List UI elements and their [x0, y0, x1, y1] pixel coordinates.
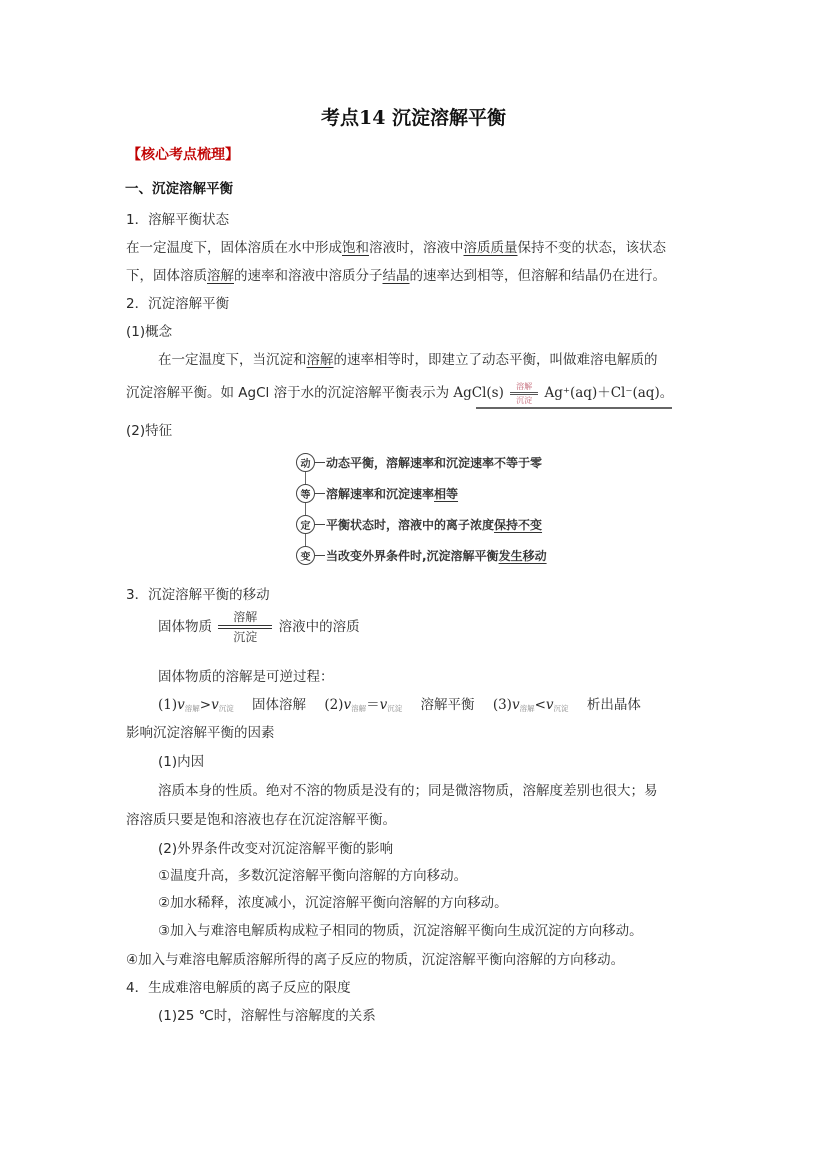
text: 溶解速率和沉淀速率 — [326, 487, 434, 501]
s3-external-item: ①温度升高，多数沉淀溶解平衡向溶解的方向移动。 — [158, 864, 467, 884]
circled-char: 变 — [296, 546, 315, 565]
case-result: 析出晶体 — [587, 697, 641, 713]
document-page: 考点14 沉淀溶解平衡 【核心考点梳理】 一、沉淀溶解平衡 1．溶解平衡状态 在… — [0, 0, 827, 1169]
text: 当改变外界条件时,沉淀溶解平衡 — [326, 549, 499, 563]
connector-line — [305, 462, 306, 554]
text: 平衡状态时，溶液中的离子浓度 — [326, 518, 494, 532]
s3-factors-heading: 影响沉淀溶解平衡的因素 — [126, 721, 275, 741]
text: 的速率相等时，即建立了动态平衡，叫做难溶电解质的 — [334, 352, 658, 368]
text: 的速率和溶液中溶质分子 — [234, 268, 383, 284]
circled-char: 等 — [296, 484, 315, 503]
case-num: (1) — [158, 697, 177, 713]
text: 沉淀溶解平衡。如 AgCl 溶于水的沉淀溶解平衡表示为 — [126, 385, 449, 401]
text: 溶液时，溶液中 — [369, 240, 464, 256]
arrow-top-label: 溶解 — [216, 610, 274, 624]
subscript: 沉淀 — [387, 704, 402, 713]
dash — [315, 524, 325, 525]
dash — [315, 493, 325, 494]
s2-heading: 2．沉淀溶解平衡 — [126, 292, 229, 312]
s2-feature-label: (2)特征 — [126, 419, 172, 439]
text: 。 — [660, 385, 674, 401]
text: 在一定温度下，固体溶质在水中形成 — [126, 240, 342, 256]
s3-reversible: 固体物质的溶解是可逆过程： — [158, 665, 334, 685]
arrow-top-label: 溶解 — [510, 382, 538, 391]
case-result: 固体溶解 — [252, 697, 306, 713]
underlined-term: 保持不变 — [494, 518, 542, 532]
feature-row: 等 溶解速率和沉淀速率相等 — [296, 483, 458, 503]
subscript: 沉淀 — [554, 704, 569, 713]
subscript: 溶解 — [185, 704, 200, 713]
underlined-term: 结晶 — [383, 268, 410, 284]
underlined-term: 溶质质量 — [464, 240, 518, 256]
arrow-bottom-label: 沉淀 — [216, 630, 274, 644]
v-symbol: v — [546, 697, 554, 713]
operator: < — [535, 697, 546, 713]
section-tag: 【核心考点梳理】 — [127, 144, 239, 164]
s3-external-item: ④加入与难溶电解质溶解所得的离子反应的物质，沉淀溶解平衡向溶解的方向移动。 — [126, 948, 624, 968]
circled-char: 定 — [296, 515, 315, 534]
v-symbol: v — [343, 697, 351, 713]
text: 下，固体溶质 — [126, 268, 207, 284]
dash — [315, 462, 325, 463]
s1-line2: 下，固体溶质溶解的速率和溶液中溶质分子结晶的速率达到相等，但溶解和结晶仍在进行。 — [126, 264, 666, 284]
reversible-arrow: 溶解 沉淀 — [216, 610, 274, 644]
feature-text: 溶解速率和沉淀速率相等 — [326, 485, 458, 502]
dash — [315, 555, 325, 556]
s2-concept-line2: 沉淀溶解平衡。如 AgCl 溶于水的沉淀溶解平衡表示为 AgCl(s) 溶解 沉… — [126, 381, 673, 405]
s3-heading: 3．沉淀溶解平衡的移动 — [126, 583, 270, 603]
equation-right: Ag⁺(aq)＋Cl⁻(aq) — [544, 385, 659, 401]
equation-underline — [476, 407, 672, 409]
feature-text: 动态平衡，溶解速率和沉淀速率不等于零 — [326, 454, 542, 471]
double-arrow — [216, 624, 274, 630]
s4-heading: 4．生成难溶电解质的离子反应的限度 — [126, 976, 351, 996]
s1-heading: 1．溶解平衡状态 — [126, 208, 229, 228]
subscript: 沉淀 — [219, 704, 234, 713]
underlined-term: 溶解 — [307, 352, 334, 368]
s3-external-item: ②加水稀释，浓度减小，沉淀溶解平衡向溶解的方向移动。 — [158, 891, 508, 911]
v-symbol: v — [211, 697, 219, 713]
subscript: 溶解 — [351, 704, 366, 713]
feature-row: 变 当改变外界条件时,沉淀溶解平衡发生移动 — [296, 545, 547, 565]
s3-internal-label: (1)内因 — [158, 750, 204, 770]
equation-left: AgCl(s) — [453, 385, 504, 401]
features-diagram: 动 动态平衡，溶解速率和沉淀速率不等于零 等 溶解速率和沉淀速率相等 定 平衡状… — [296, 450, 586, 568]
text: 溶液中的溶质 — [279, 619, 360, 635]
circled-char: 动 — [296, 453, 315, 472]
text: 的速率达到相等，但溶解和结晶仍在进行。 — [410, 268, 667, 284]
case-num: (3) — [493, 697, 512, 713]
text: 固体物质 — [158, 619, 212, 635]
feature-text: 平衡状态时，溶液中的离子浓度保持不变 — [326, 516, 542, 533]
operator: ＝ — [366, 697, 380, 713]
subscript: 溶解 — [520, 704, 535, 713]
text: 保持不变的状态，该状态 — [518, 240, 667, 256]
operator: > — [200, 697, 211, 713]
v-symbol: v — [512, 697, 520, 713]
v-symbol: v — [177, 697, 185, 713]
arrow-bottom-label: 沉淀 — [510, 396, 538, 405]
s3-external-label: (2)外界条件改变对沉淀溶解平衡的影响 — [158, 837, 393, 857]
s1-line1: 在一定温度下，固体溶质在水中形成饱和溶液时，溶液中溶质质量保持不变的状态，该状态 — [126, 236, 666, 256]
arrow-bar — [510, 392, 538, 393]
s3-cases: (1)v溶解>v沉淀 固体溶解 (2)v溶解＝v沉淀 溶解平衡 (3)v溶解<v… — [158, 693, 641, 714]
s3-internal-line2: 溶溶质只要是饱和溶液也存在沉淀溶解平衡。 — [126, 808, 396, 828]
s3-scheme: 固体物质 溶解 沉淀 溶液中的溶质 — [158, 610, 360, 644]
underlined-term: 饱和 — [342, 240, 369, 256]
case-num: (2) — [324, 697, 343, 713]
s2-concept-label: (1)概念 — [126, 320, 172, 340]
text: 在一定温度下，当沉淀和 — [158, 352, 307, 368]
heading-1: 一、沉淀溶解平衡 — [125, 177, 233, 197]
page-title: 考点14 沉淀溶解平衡 — [0, 103, 827, 130]
equilibrium-arrow: 溶解 沉淀 — [510, 382, 538, 405]
underlined-term: 相等 — [434, 487, 458, 501]
underlined-term: 发生移动 — [499, 549, 547, 563]
s3-external-item: ③加入与难溶电解质构成粒子相同的物质，沉淀溶解平衡向生成沉淀的方向移动。 — [158, 919, 643, 939]
feature-text: 当改变外界条件时,沉淀溶解平衡发生移动 — [326, 547, 547, 564]
arrow-bar — [510, 394, 538, 395]
s2-concept-line1: 在一定温度下，当沉淀和溶解的速率相等时，即建立了动态平衡，叫做难溶电解质的 — [158, 348, 658, 368]
feature-row: 动 动态平衡，溶解速率和沉淀速率不等于零 — [296, 452, 542, 472]
s3-internal-line1: 溶质本身的性质。绝对不溶的物质是没有的；同是微溶物质，溶解度差别也很大；易 — [158, 779, 658, 799]
underlined-term: 溶解 — [207, 268, 234, 284]
feature-row: 定 平衡状态时，溶液中的离子浓度保持不变 — [296, 514, 542, 534]
case-result: 溶解平衡 — [421, 697, 475, 713]
s4-sub1: (1)25 ℃时，溶解性与溶解度的关系 — [158, 1004, 376, 1024]
